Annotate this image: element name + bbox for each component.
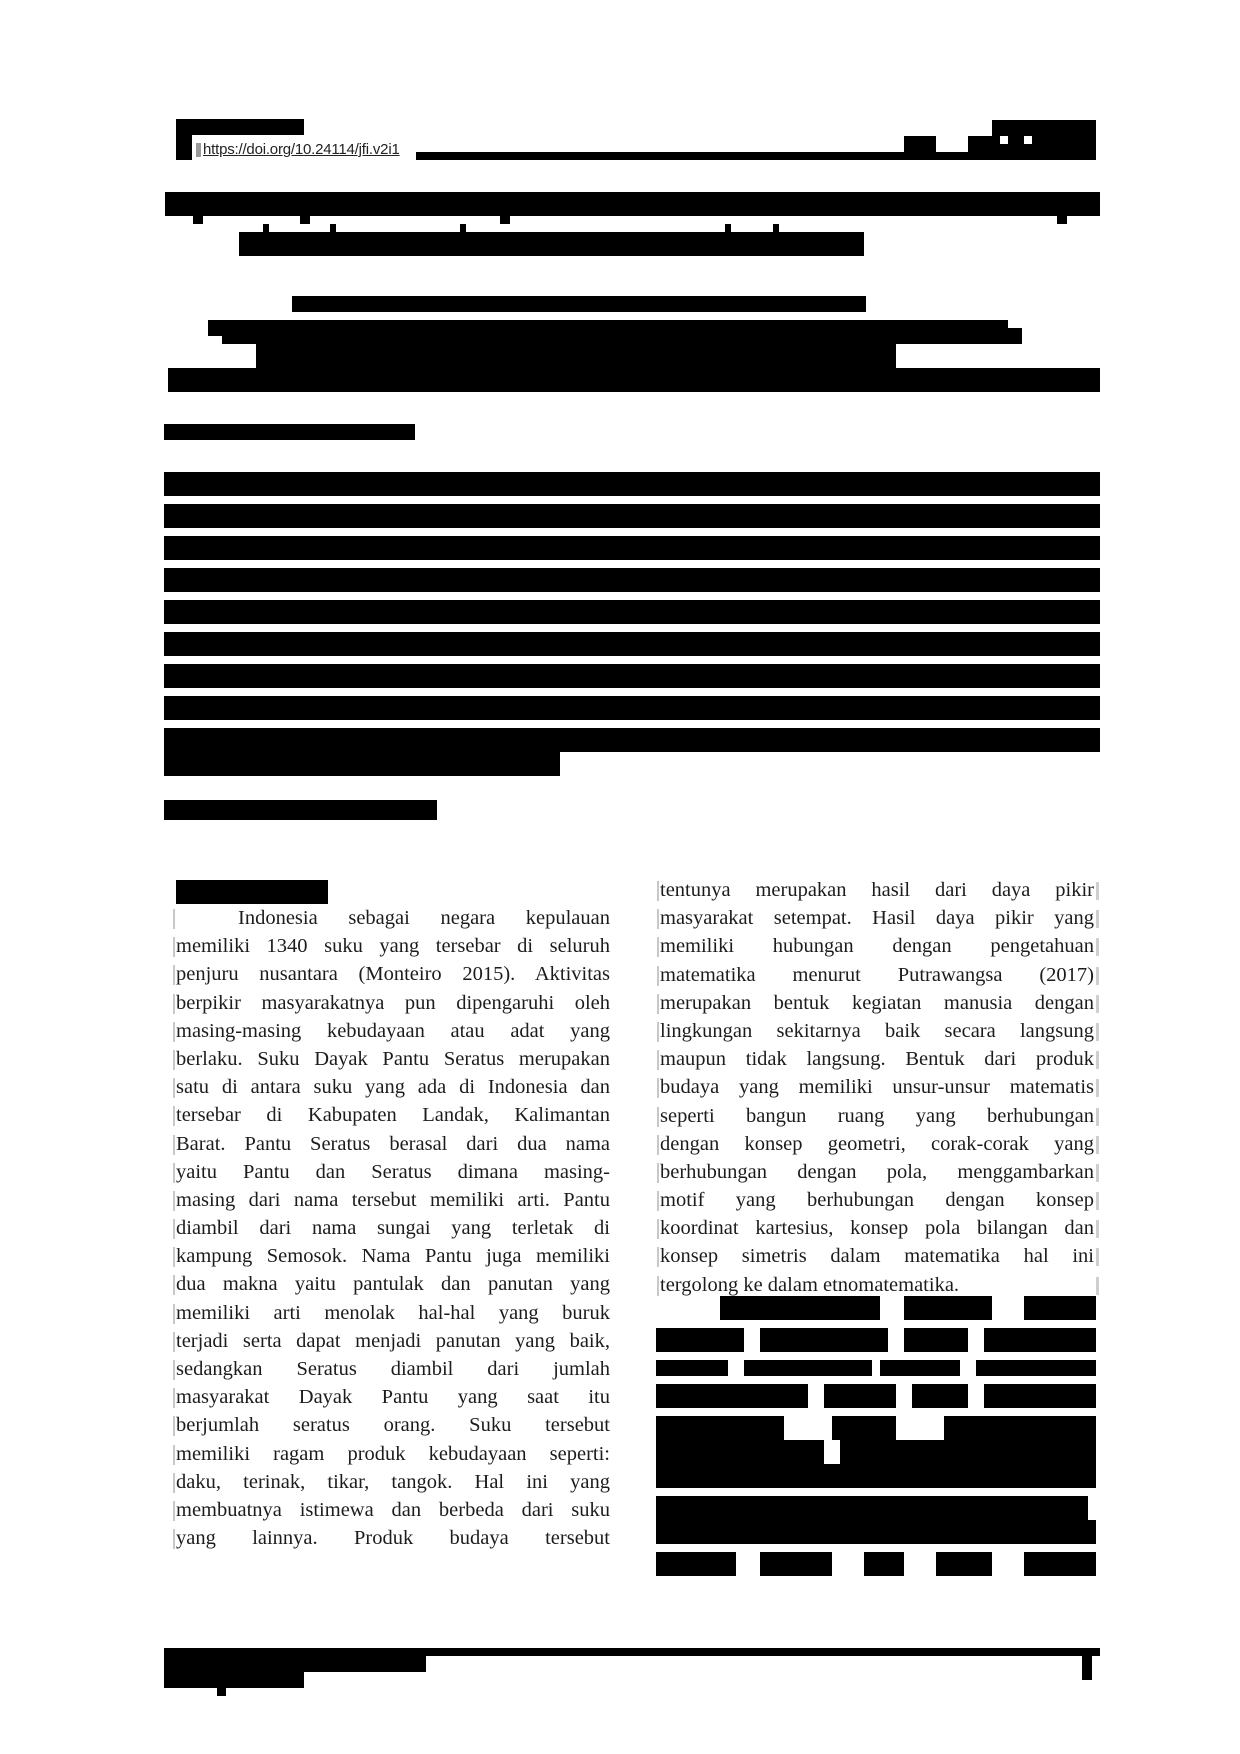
redacted-line-10d bbox=[936, 1552, 992, 1576]
body-line: kampung Semosok. Nama Pantu juga memilik… bbox=[176, 1242, 610, 1270]
header-left-redacted bbox=[176, 135, 192, 160]
body-line: terjadi serta dapat menjadi panutan yang… bbox=[176, 1327, 610, 1355]
title-line-1-desc bbox=[193, 216, 203, 224]
abstract-line-6 bbox=[164, 632, 1100, 656]
abstract-line-4 bbox=[164, 568, 1100, 592]
redacted-line-10b bbox=[760, 1552, 832, 1576]
redacted-line-10e bbox=[1024, 1552, 1096, 1576]
body-line: daku, terinak, tikar, tangok. Hal ini ya… bbox=[176, 1468, 610, 1496]
title-line-2-asc-5 bbox=[773, 224, 779, 232]
title-line-1-desc-2 bbox=[300, 216, 310, 224]
redacted-line-3 bbox=[656, 1360, 728, 1376]
body-right-column: tentunya merupakan hasil dari daya pikir… bbox=[660, 876, 1094, 1299]
body-line: dengan konsep geometri, corak-corak yang bbox=[660, 1130, 1094, 1158]
body-line: memiliki arti menolak hal-hal yang buruk bbox=[176, 1299, 610, 1327]
body-line: tergolong ke dalam etnomatematika. bbox=[660, 1271, 1094, 1299]
redacted-line-1c bbox=[1024, 1296, 1096, 1320]
abstract-line-10 bbox=[164, 728, 234, 752]
body-line: memiliki hubungan dengan pengetahuan bbox=[660, 932, 1094, 960]
page-number-redacted bbox=[1082, 1648, 1092, 1680]
abstract-line-8 bbox=[164, 696, 1100, 720]
body-line: seperti bangun ruang yang berhubungan bbox=[660, 1102, 1094, 1130]
body-line: Indonesia sebagai negara kepulauan bbox=[176, 904, 610, 932]
redacted-line-10 bbox=[656, 1552, 736, 1576]
abstract-line-2 bbox=[164, 504, 1100, 528]
title-line-1-desc-3 bbox=[500, 216, 510, 224]
body-line: masing dari nama tersebut memiliki arti.… bbox=[176, 1186, 610, 1214]
body-line: dua makna yaitu pantulak dan panutan yan… bbox=[176, 1270, 610, 1298]
body-line: berlaku. Suku Dayak Pantu Seratus merupa… bbox=[176, 1045, 610, 1073]
redacted-line-4c bbox=[912, 1384, 968, 1408]
title-line-2-asc bbox=[263, 224, 269, 232]
redacted-line-4b bbox=[824, 1384, 896, 1408]
body-line: budaya yang memiliki unsur-unsur matemat… bbox=[660, 1073, 1094, 1101]
article-history bbox=[164, 424, 415, 440]
body-line: Barat. Pantu Seratus berasal dari dua na… bbox=[176, 1130, 610, 1158]
title-line-2-asc-3 bbox=[460, 224, 466, 232]
affiliation-line-1b bbox=[222, 328, 1022, 344]
abstract-line-1 bbox=[164, 472, 1100, 496]
email-line-b bbox=[186, 376, 1078, 392]
redacted-line-3d bbox=[976, 1360, 1096, 1376]
body-line: berhubungan dengan pola, menggambarkan bbox=[660, 1158, 1094, 1186]
body-line: yang lainnya. Produk budaya tersebut bbox=[176, 1524, 610, 1552]
volume-dot-1 bbox=[1000, 136, 1008, 144]
body-line: koordinat kartesius, konsep pola bilanga… bbox=[660, 1214, 1094, 1242]
redacted-line-5c bbox=[944, 1416, 1096, 1440]
redacted-line-10c bbox=[864, 1552, 904, 1576]
body-line: matematika menurut Putrawangsa (2017) bbox=[660, 961, 1094, 989]
body-line: berpikir masyarakatnya pun dipengaruhi o… bbox=[176, 989, 610, 1017]
body-line: tersebar di Kabupaten Landak, Kalimantan bbox=[176, 1101, 610, 1129]
redacted-line-4 bbox=[656, 1384, 808, 1408]
abstract-line-9 bbox=[164, 728, 1100, 752]
body-left-column: Indonesia sebagai negara kepulauan memil… bbox=[176, 904, 610, 1552]
body-line: tentunya merupakan hasil dari daya pikir bbox=[660, 876, 1094, 904]
redacted-line-1b bbox=[904, 1296, 992, 1320]
redacted-line-2d bbox=[984, 1328, 1096, 1352]
redacted-line-4d bbox=[984, 1384, 1096, 1408]
body-line: yaitu Pantu dan Seratus dimana masing- bbox=[176, 1158, 610, 1186]
body-line: motif yang berhubungan dengan konsep bbox=[660, 1186, 1094, 1214]
section-heading-introduction bbox=[176, 880, 328, 904]
title-line-1-desc-4 bbox=[1057, 216, 1067, 224]
redacted-line-6 bbox=[656, 1440, 824, 1464]
redacted-line-1 bbox=[720, 1296, 880, 1320]
body-line: masing-masing kebudayaan atau adat yang bbox=[176, 1017, 610, 1045]
redacted-line-3c bbox=[880, 1360, 960, 1376]
redacted-line-3b bbox=[744, 1360, 872, 1376]
abstract-line-11 bbox=[164, 752, 560, 776]
journal-label-redacted bbox=[176, 119, 304, 135]
redacted-line-2 bbox=[656, 1328, 744, 1352]
redacted-line-7 bbox=[656, 1464, 1096, 1488]
header-right-redacted bbox=[904, 136, 936, 160]
body-line: satu di antara suku yang ada di Indonesi… bbox=[176, 1073, 610, 1101]
body-line: merupakan bentuk kegiatan manusia dengan bbox=[660, 989, 1094, 1017]
title-line-1 bbox=[165, 192, 1100, 216]
body-line: maupun tidak langsung. Bentuk dari produ… bbox=[660, 1045, 1094, 1073]
body-line: memiliki ragam produk kebudayaan seperti… bbox=[176, 1440, 610, 1468]
keywords bbox=[164, 800, 437, 820]
body-line: masyarakat Dayak Pantu yang saat itu bbox=[176, 1383, 610, 1411]
body-line: konsep simetris dalam matematika hal ini bbox=[660, 1242, 1094, 1270]
redacted-line-5b bbox=[832, 1416, 896, 1440]
footer-left-desc bbox=[217, 1688, 226, 1696]
redacted-line-8 bbox=[656, 1496, 1088, 1520]
affiliation-line-2 bbox=[256, 344, 896, 368]
abstract-line-3 bbox=[164, 536, 1100, 560]
body-line: memiliki 1340 suku yang tersebar di selu… bbox=[176, 932, 610, 960]
title-line-2-asc-2 bbox=[330, 224, 336, 232]
redacted-line-2c bbox=[904, 1328, 968, 1352]
body-line: berjumlah seratus orang. Suku tersebut bbox=[176, 1411, 610, 1439]
abstract-line-7 bbox=[164, 664, 1100, 688]
body-line: membuatnya istimewa dan berbeda dari suk… bbox=[176, 1496, 610, 1524]
body-line: lingkungan sekitarnya baik secara langsu… bbox=[660, 1017, 1094, 1045]
volume-dot-2 bbox=[1024, 136, 1032, 144]
body-line: diambil dari nama sungai yang terletak d… bbox=[176, 1214, 610, 1242]
body-line: sedangkan Seratus diambil dari jumlah bbox=[176, 1355, 610, 1383]
body-line: penjuru nusantara (Monteiro 2015). Aktiv… bbox=[176, 960, 610, 988]
redacted-line-6b bbox=[840, 1440, 1096, 1464]
redacted-line-2b bbox=[760, 1328, 888, 1352]
body-line: masyarakat setempat. Hasil daya pikir ya… bbox=[660, 904, 1094, 932]
title-line-2 bbox=[239, 232, 864, 256]
footer-left-redacted-2 bbox=[164, 1648, 426, 1672]
header-right-redacted-2 bbox=[968, 136, 992, 160]
doi-link[interactable]: https://doi.org/10.24114/jfi.v2i1 bbox=[201, 141, 402, 159]
abstract-line-5 bbox=[164, 600, 1100, 624]
title-line-2-asc-4 bbox=[725, 224, 731, 232]
author-names-3 bbox=[436, 296, 866, 312]
redacted-line-5 bbox=[656, 1416, 784, 1440]
redacted-line-9 bbox=[656, 1520, 1096, 1544]
